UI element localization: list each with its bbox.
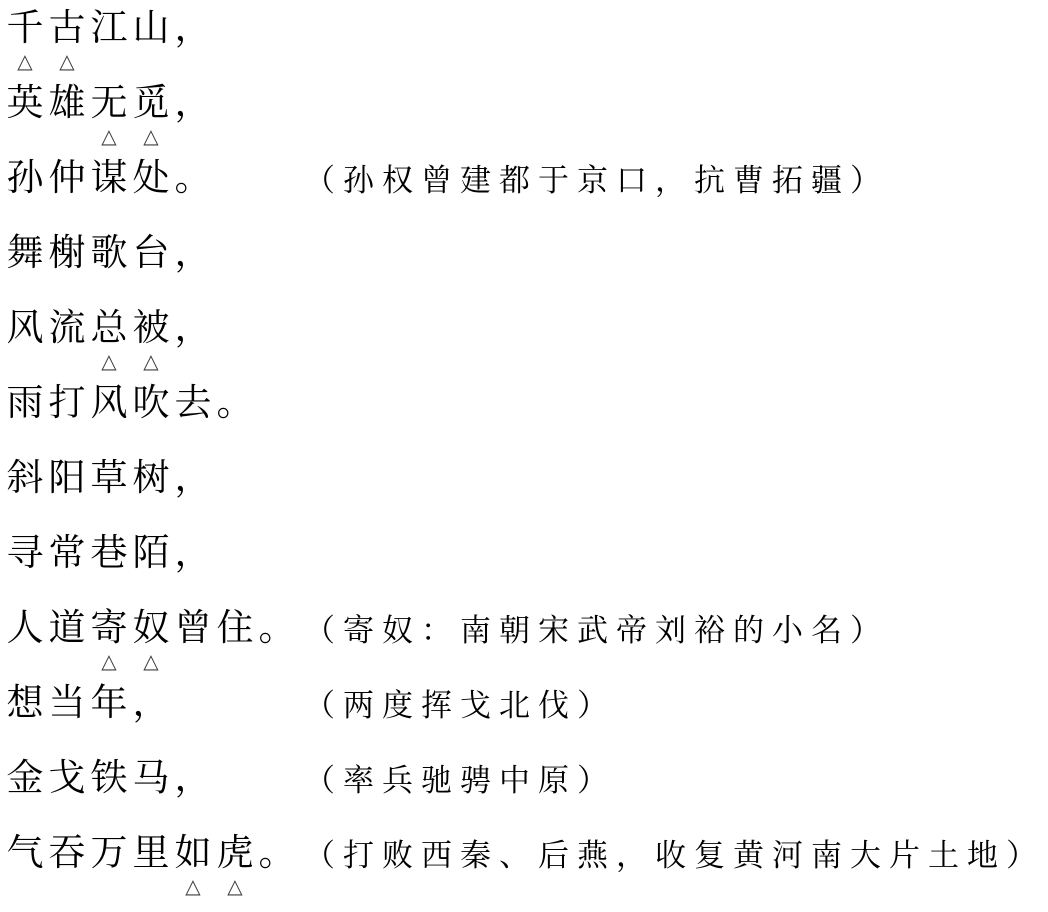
poem-char: 。 <box>256 831 298 877</box>
poem-char: 无 <box>88 81 130 127</box>
poem-line-row: 气吞万里如虎。△△（打败西秦、后燕，收复黄河南大片土地） <box>4 831 1048 906</box>
poem-line-row: 孙仲谋处。（孙权曾建都于京口，抗曹拓疆） <box>4 156 1048 231</box>
emphasis-mark-triangle: △ <box>130 350 172 374</box>
poem-char: 古 <box>46 6 88 52</box>
inline-annotation: （打败西秦、后燕，收复黄河南大片土地） <box>304 836 1045 876</box>
poem-char: 想 <box>4 681 46 727</box>
poem-char: 风 <box>88 381 130 427</box>
poem-char: 年 <box>88 681 130 727</box>
poem-line: 英雄无觅， <box>4 81 1048 127</box>
poem-line-row: 斜阳草树， <box>4 456 1048 531</box>
poem-char: 树 <box>130 456 172 502</box>
poem-page: 千古江山，△△英雄无觅，△△孙仲谋处。（孙权曾建都于京口，抗曹拓疆）舞榭歌台，风… <box>0 0 1048 912</box>
poem-char: 寄 <box>88 606 130 652</box>
poem-char: 英 <box>4 81 46 127</box>
poem-char: 马 <box>130 756 172 802</box>
poem-char: 流 <box>46 306 88 352</box>
poem-char: 被 <box>130 306 172 352</box>
poem-char: 铁 <box>88 756 130 802</box>
poem-line-row: 风流总被，△△ <box>4 306 1048 381</box>
poem-char: 总 <box>88 306 130 352</box>
emphasis-mark-triangle: △ <box>172 875 214 899</box>
poem-line: 雨打风吹去。 <box>4 381 1048 427</box>
poem-char: ， <box>172 456 214 502</box>
poem-char: 陌 <box>130 531 172 577</box>
poem-char: 吹 <box>130 381 172 427</box>
emphasis-marks-row: △△ <box>4 50 88 74</box>
poem-line-row: 想当年，（两度挥戈北伐） <box>4 681 1048 756</box>
poem-char: 阳 <box>46 456 88 502</box>
poem-line: 千古江山， <box>4 6 1048 52</box>
emphasis-marks-row: △△ <box>4 650 172 674</box>
poem-line-row: 寻常巷陌， <box>4 531 1048 606</box>
emphasis-mark-triangle: △ <box>88 350 130 374</box>
poem-char: 草 <box>88 456 130 502</box>
poem-char: 仲 <box>46 156 88 202</box>
emphasis-mark-spacer <box>46 125 88 149</box>
poem-char: 台 <box>130 231 172 277</box>
poem-line-row: 舞榭歌台， <box>4 231 1048 306</box>
poem-char: 山 <box>130 6 172 52</box>
poem-char: 谋 <box>88 156 130 202</box>
poem-char: 道 <box>46 606 88 652</box>
poem-line: 斜阳草树， <box>4 456 1048 502</box>
emphasis-mark-spacer <box>46 875 88 899</box>
poem-char: 孙 <box>4 156 46 202</box>
poem-char: 风 <box>4 306 46 352</box>
emphasis-mark-triangle: △ <box>214 875 256 899</box>
poem-char: 榭 <box>46 231 88 277</box>
emphasis-marks-row: △△ <box>4 875 256 899</box>
poem-char: 常 <box>46 531 88 577</box>
poem-char: 雨 <box>4 381 46 427</box>
poem-char: 雄 <box>46 81 88 127</box>
poem-line-row: 雨打风吹去。 <box>4 381 1048 456</box>
inline-annotation: （孙权曾建都于京口，抗曹拓疆） <box>304 161 889 201</box>
emphasis-mark-spacer <box>4 875 46 899</box>
poem-char: 歌 <box>88 231 130 277</box>
inline-annotation: （率兵驰骋中原） <box>304 761 616 801</box>
emphasis-mark-triangle: △ <box>130 650 172 674</box>
poem-char: 处 <box>130 156 172 202</box>
poem-char: 气 <box>4 831 46 877</box>
poem-char: 江 <box>88 6 130 52</box>
emphasis-mark-triangle: △ <box>88 125 130 149</box>
poem-char: 觅 <box>130 81 172 127</box>
emphasis-mark-spacer <box>88 875 130 899</box>
poem-char: ， <box>172 231 214 277</box>
emphasis-mark-spacer <box>130 875 172 899</box>
poem-line: 寻常巷陌， <box>4 531 1048 577</box>
emphasis-mark-triangle: △ <box>46 50 88 74</box>
poem-char: 去 <box>172 381 214 427</box>
poem-char: ， <box>172 6 214 52</box>
poem-line: 风流总被， <box>4 306 1048 352</box>
poem-char: 曾 <box>172 606 214 652</box>
poem-char: 金 <box>4 756 46 802</box>
emphasis-mark-spacer <box>4 350 46 374</box>
poem-char: 里 <box>130 831 172 877</box>
poem-char: 。 <box>256 606 298 652</box>
poem-char: 打 <box>46 381 88 427</box>
poem-line-row: 金戈铁马，（率兵驰骋中原） <box>4 756 1048 831</box>
emphasis-mark-spacer <box>4 125 46 149</box>
poem-char: 奴 <box>130 606 172 652</box>
poem-line-row: 千古江山，△△ <box>4 6 1048 81</box>
inline-annotation: （寄奴：南朝宋武帝刘裕的小名） <box>304 611 889 651</box>
poem-char: 虎 <box>214 831 256 877</box>
poem-char: 。 <box>172 156 214 202</box>
inline-annotation: （两度挥戈北伐） <box>304 686 616 726</box>
poem-char: 。 <box>214 381 256 427</box>
poem-char: 如 <box>172 831 214 877</box>
poem-char: 住 <box>214 606 256 652</box>
poem-char: 万 <box>88 831 130 877</box>
poem-line: 舞榭歌台， <box>4 231 1048 277</box>
emphasis-marks-row: △△ <box>4 350 172 374</box>
emphasis-marks-row: △△ <box>4 125 172 149</box>
poem-char: 寻 <box>4 531 46 577</box>
poem-char: ， <box>172 306 214 352</box>
emphasis-mark-triangle: △ <box>88 650 130 674</box>
emphasis-mark-triangle: △ <box>4 50 46 74</box>
emphasis-mark-spacer <box>46 650 88 674</box>
poem-char: 巷 <box>88 531 130 577</box>
poem-line-row: 人道寄奴曾住。△△（寄奴：南朝宋武帝刘裕的小名） <box>4 606 1048 681</box>
poem-char: ， <box>172 756 214 802</box>
emphasis-mark-triangle: △ <box>130 125 172 149</box>
poem-char: 当 <box>46 681 88 727</box>
poem-char: 吞 <box>46 831 88 877</box>
poem-line-row: 英雄无觅，△△ <box>4 81 1048 156</box>
poem-char: 斜 <box>4 456 46 502</box>
poem-char: 人 <box>4 606 46 652</box>
poem-char: 千 <box>4 6 46 52</box>
poem-char: ， <box>130 681 172 727</box>
emphasis-mark-spacer <box>4 650 46 674</box>
poem-char: 舞 <box>4 231 46 277</box>
poem-char: 戈 <box>46 756 88 802</box>
emphasis-mark-spacer <box>46 350 88 374</box>
poem-char: ， <box>172 81 214 127</box>
poem-char: ， <box>172 531 214 577</box>
